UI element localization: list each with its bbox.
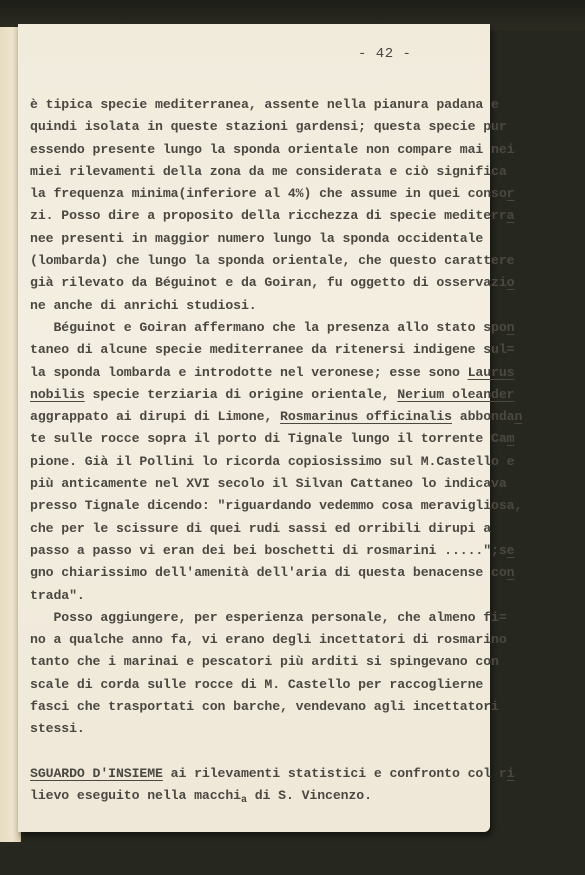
text-line: scale di corda sulle rocce di M. Castell…	[30, 674, 480, 696]
text-run: essendo presente lungo la sponda orienta…	[30, 142, 514, 157]
text-line: nobilis specie terziaria di origine orie…	[30, 384, 480, 406]
underlined-text: n	[507, 320, 515, 335]
text-run: trada".	[30, 588, 85, 603]
text-line: essendo presente lungo la sponda orienta…	[30, 139, 480, 161]
text-run: lievo eseguito nella macchi	[30, 788, 241, 803]
underlined-text: e	[507, 543, 515, 558]
text-run: gno chiarissimo dell'amenità dell'aria d…	[30, 565, 507, 580]
text-run: Posso aggiungere, per esperienza persona…	[30, 610, 507, 625]
text-run: la frequenza minima(inferiore al 4%) che…	[30, 186, 507, 201]
text-line: zi. Posso dire a proposito della ricchez…	[30, 205, 480, 227]
text-run: ne anche di anrichi studiosi.	[30, 298, 257, 313]
underlined-text: m	[507, 431, 515, 446]
text-run: scale di corda sulle rocce di M. Castell…	[30, 677, 483, 692]
paragraph: Béguinot e Goiran affermano che la prese…	[30, 317, 480, 607]
text-line: miei rilevamenti della zona da me consid…	[30, 161, 480, 183]
text-run: abbonda	[452, 409, 515, 424]
underlined-text: nobilis	[30, 387, 85, 402]
text-line: no a qualche anno fa, vi erano degli inc…	[30, 629, 480, 651]
text-line: è tipica specie mediterranea, assente ne…	[30, 94, 480, 116]
underlined-text: SGUARDO D'INSIEME	[30, 766, 163, 781]
underlined-text: n	[514, 409, 522, 424]
underlined-text: o	[507, 275, 515, 290]
text-line: più anticamente nel XVI secolo il Silvan…	[30, 473, 480, 495]
text-run: no a qualche anno fa, vi erano degli inc…	[30, 632, 507, 647]
text-run: pione. Già il Pollini lo ricorda copiosi…	[30, 454, 514, 469]
text-run: già rilevato da Béguinot e da Goiran, fu…	[30, 275, 507, 290]
paragraph: è tipica specie mediterranea, assente ne…	[30, 94, 480, 317]
underlined-text: i	[507, 766, 515, 781]
page-number: - 42 -	[358, 46, 411, 62]
text-line: lievo eseguito nella macchia di S. Vince…	[30, 785, 480, 807]
text-line: gno chiarissimo dell'amenità dell'aria d…	[30, 562, 480, 584]
underlined-text: Rosmarinus officinalis	[280, 409, 452, 424]
text-run: presso Tignale dicendo: "riguardando ved…	[30, 498, 522, 513]
text-run: fasci che trasportati con barche, vendev…	[30, 699, 499, 714]
text-line: aggrappato ai dirupi di Limone, Rosmarin…	[30, 406, 480, 428]
text-run: tanto che i marinai e pescatori più ardi…	[30, 654, 499, 669]
text-line: la frequenza minima(inferiore al 4%) che…	[30, 183, 480, 205]
underlined-text: Laurus	[468, 365, 515, 380]
paragraph: SGUARDO D'INSIEME ai rilevamenti statist…	[30, 763, 480, 808]
text-run: miei rilevamenti della zona da me consid…	[30, 164, 507, 179]
text-line: nee presenti in maggior numero lungo la …	[30, 228, 480, 250]
text-run: di S. Vincenzo.	[247, 788, 372, 803]
underlined-text: Nerium oleander	[397, 387, 514, 402]
text-run: la sponda lombarda e introdotte nel vero…	[30, 365, 468, 380]
text-line: SGUARDO D'INSIEME ai rilevamenti statist…	[30, 763, 480, 785]
text-run: ai rilevamenti statistici e confronto co…	[163, 766, 507, 781]
text-run: è tipica specie mediterranea, assente ne…	[30, 97, 499, 112]
underlined-text: n	[507, 565, 515, 580]
text-run: aggrappato ai dirupi di Limone,	[30, 409, 280, 424]
text-line: presso Tignale dicendo: "riguardando ved…	[30, 495, 480, 517]
text-line: Posso aggiungere, per esperienza persona…	[30, 607, 480, 629]
text-run: stessi.	[30, 721, 85, 736]
text-line: pione. Già il Pollini lo ricorda copiosi…	[30, 451, 480, 473]
text-run: taneo di alcune specie mediterranee da r…	[30, 342, 514, 357]
text-line: fasci che trasportati con barche, vendev…	[30, 696, 480, 718]
text-line: tanto che i marinai e pescatori più ardi…	[30, 651, 480, 673]
page-body: è tipica specie mediterranea, assente ne…	[30, 94, 480, 807]
text-line: passo a passo vi eran dei bei boschetti …	[30, 540, 480, 562]
text-run: che per le scissure di quei rudi sassi e…	[30, 521, 491, 536]
text-line: ne anche di anrichi studiosi.	[30, 295, 480, 317]
paragraph: Posso aggiungere, per esperienza persona…	[30, 607, 480, 741]
typewritten-page: - 42 - è tipica specie mediterranea, ass…	[18, 24, 490, 832]
text-line: la sponda lombarda e introdotte nel vero…	[30, 362, 480, 384]
text-run: passo a passo vi eran dei bei boschetti …	[30, 543, 507, 558]
text-line: taneo di alcune specie mediterranee da r…	[30, 339, 480, 361]
section-gap	[30, 741, 480, 763]
text-line: già rilevato da Béguinot e da Goiran, fu…	[30, 272, 480, 294]
text-line: (lombarda) che lungo la sponda orientale…	[30, 250, 480, 272]
text-line: te sulle rocce sopra il porto di Tignale…	[30, 428, 480, 450]
text-line: che per le scissure di quei rudi sassi e…	[30, 518, 480, 540]
underlined-text: a	[507, 208, 515, 223]
text-run: Béguinot e Goiran affermano che la prese…	[30, 320, 507, 335]
text-run: te sulle rocce sopra il porto di Tignale…	[30, 431, 507, 446]
text-line: trada".	[30, 585, 480, 607]
text-run: specie terziaria di origine orientale,	[85, 387, 398, 402]
text-run: nee presenti in maggior numero lungo la …	[30, 231, 483, 246]
text-line: quindi isolata in queste stazioni garden…	[30, 116, 480, 138]
text-run: più anticamente nel XVI secolo il Silvan…	[30, 476, 507, 491]
text-run: zi. Posso dire a proposito della ricchez…	[30, 208, 507, 223]
text-line: Béguinot e Goiran affermano che la prese…	[30, 317, 480, 339]
text-run: (lombarda) che lungo la sponda orientale…	[30, 253, 514, 268]
text-run: quindi isolata in queste stazioni garden…	[30, 119, 507, 134]
text-line: stessi.	[30, 718, 480, 740]
underlined-text: r	[507, 186, 515, 201]
